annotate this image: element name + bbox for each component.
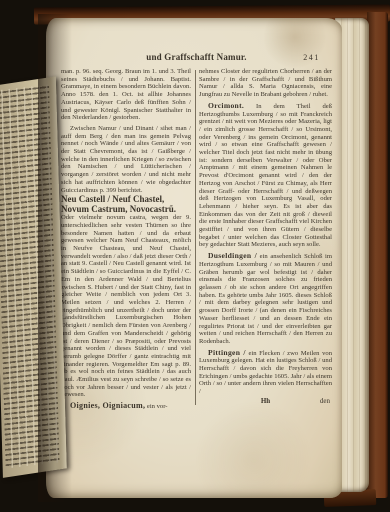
column-right: nehmes Closter der regulirten Chorherren… xyxy=(199,68,332,411)
entry-duseldingen: Duseldingen / ein ansehenlich Schloß im … xyxy=(199,252,332,345)
entry-oignies-lead: Oignies, Oigniacum, xyxy=(70,401,145,410)
running-title: und Graffschafft Namur. xyxy=(61,52,332,62)
entry-pittingen-lead: Pittingen / xyxy=(208,348,246,357)
paragraph-neu-castell: Oder vielmehr novum castra, wegen der 9.… xyxy=(61,214,191,399)
catchword: den xyxy=(320,398,330,406)
page-number: 241 xyxy=(303,53,320,62)
book-cover-right xyxy=(367,12,388,498)
entry-pittingen: Pittingen / ein Flecken / zwo Meilen von… xyxy=(199,349,332,396)
paragraph-continuation: man. p. 96. seq. Georg. Braun im 1. und … xyxy=(61,68,191,122)
entry-heading-neu-castell: Neu Castell / Neuf Chastel, Novum Castru… xyxy=(61,194,191,214)
entry-orcimont-lead: Orcimont. xyxy=(208,101,244,110)
book-photo: und Graffschafft Namur. 241 man. p. 96. … xyxy=(0,0,390,512)
entry-oignies: Oignies, Oigniacum, ein vor- xyxy=(61,402,191,411)
two-column-layout: man. p. 96. seq. Georg. Braun im 1. und … xyxy=(61,68,332,411)
entry-orcimont-body: In dem Theil deß Hertzogthumbs Luxemburg… xyxy=(199,103,332,249)
entry-pittingen-body: ein Flecken / zwo Meilen von Luxemburg g… xyxy=(199,350,332,396)
book-page: und Graffschafft Namur. 241 man. p. 96. … xyxy=(46,18,342,498)
entry-duseldingen-body: ein ansehenlich Schloß im Hertzogthum Lu… xyxy=(199,253,332,345)
entry-duseldingen-lead: Duseldingen / xyxy=(208,251,257,260)
signature-line: Hh den xyxy=(199,398,332,408)
column-divider-rule xyxy=(195,70,196,405)
page-header: und Graffschafft Namur. 241 xyxy=(61,52,332,65)
paragraph-oignies-continuation: nehmes Closter der regulirten Chorherren… xyxy=(199,68,332,99)
signature-mark: Hh xyxy=(199,398,332,406)
column-left: man. p. 96. seq. Georg. Braun im 1. und … xyxy=(61,68,191,411)
printed-text-block: und Graffschafft Namur. 241 man. p. 96. … xyxy=(61,52,332,411)
paragraph-chevremont: Zwischen Namur / und Dinant / sihet man … xyxy=(61,125,191,194)
facing-page xyxy=(0,76,67,477)
entry-orcimont: Orcimont. In dem Theil deß Hertzogthumbs… xyxy=(199,102,332,249)
entry-oignies-body: ein vor- xyxy=(147,403,168,410)
